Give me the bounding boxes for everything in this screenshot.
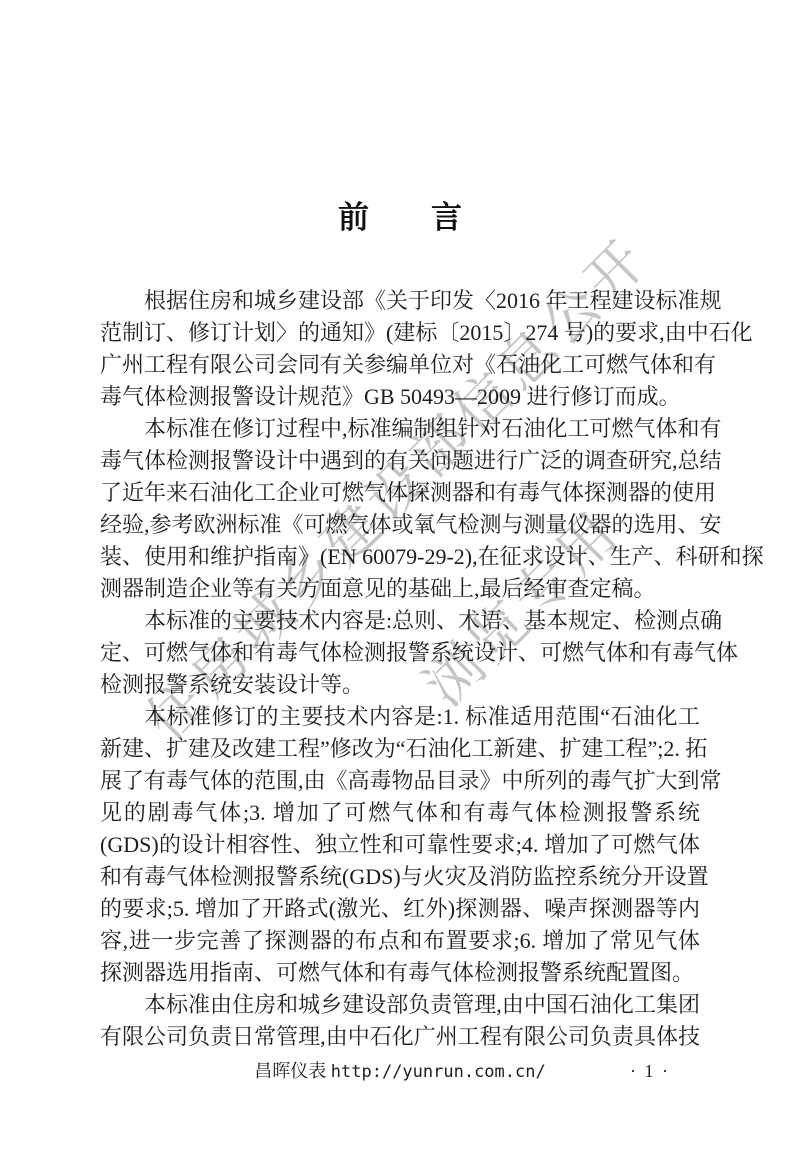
text-line: 容,进一步完善了探测器的布点和布置要求;6. 增加了常见气体 (100, 925, 700, 957)
text-line: 和有毒气体检测报警系统(GDS)与火灾及消防监控系统分开设置 (100, 861, 700, 893)
text-line: 有限公司负责日常管理,由中石化广州工程有限公司负责具体技 (100, 1021, 700, 1053)
footer-site-url: http://yunrun.com.cn/ (331, 1062, 546, 1082)
paragraph-4: 本标准修订的主要技术内容是:1. 标准适用范围“石油化工新建、扩建及改建工程”修… (100, 701, 700, 989)
foreword-body: 根据住房和城乡建设部《关于印发〈2016 年工程建设标准规范制订、修订计划〉的通… (100, 285, 700, 1053)
text-line: 毒气体检测报警设计中遇到的有关问题进行广泛的调查研究,总结 (100, 445, 700, 477)
text-line: 本标准的主要技术内容是:总则、术语、基本规定、检测点确 (100, 605, 700, 637)
text-line: (GDS)的设计相容性、独立性和可靠性要求;4. 增加了可燃气体 (100, 829, 700, 861)
text-line: 广州工程有限公司会同有关参编单位对《石油化工可燃气体和有 (100, 349, 700, 381)
footer-imprint: 昌晖仪表 http://yunrun.com.cn/ (100, 1058, 700, 1085)
paragraph-5: 本标准由住房和城乡建设部负责管理,由中国石油化工集团有限公司负责日常管理,由中石… (100, 989, 700, 1053)
text-line: 毒气体检测报警设计规范》GB 50493—2009 进行修订而成。 (100, 381, 700, 413)
text-line: 装、使用和维护指南》(EN 60079-29-2),在征求设计、生产、科研和探 (100, 541, 700, 573)
text-line: 测器制造企业等有关方面意见的基础上,最后经审查定稿。 (100, 573, 700, 605)
text-line: 展了有毒气体的范围,由《高毒物品目录》中所列的毒气扩大到常 (100, 765, 700, 797)
document-page: 住房城乡建设部信息公开 浏览专用 前 言 根据住房和城乡建设部《关于印发〈201… (0, 0, 800, 1160)
text-line: 本标准修订的主要技术内容是:1. 标准适用范围“石油化工 (100, 701, 700, 733)
text-line: 检测报警系统安装设计等。 (100, 669, 700, 701)
paragraph-3: 本标准的主要技术内容是:总则、术语、基本规定、检测点确定、可燃气体和有毒气体检测… (100, 605, 700, 701)
text-line: 新建、扩建及改建工程”修改为“石油化工新建、扩建工程”;2. 拓 (100, 733, 700, 765)
text-line: 定、可燃气体和有毒气体检测报警系统设计、可燃气体和有毒气体 (100, 637, 700, 669)
text-line: 本标准在修订过程中,标准编制组针对石油化工可燃气体和有 (100, 413, 700, 445)
text-line: 经验,参考欧洲标准《可燃气体或氧气检测与测量仪器的选用、安 (100, 509, 700, 541)
page-title: 前 言 (100, 199, 700, 237)
paragraph-2: 本标准在修订过程中,标准编制组针对石油化工可燃气体和有毒气体检测报警设计中遇到的… (100, 413, 700, 605)
text-line: 范制订、修订计划〉的通知》(建标〔2015〕274 号)的要求,由中石化 (100, 317, 700, 349)
text-line: 根据住房和城乡建设部《关于印发〈2016 年工程建设标准规 (100, 285, 700, 317)
text-line: 的要求;5. 增加了开路式(激光、红外)探测器、噪声探测器等内 (100, 893, 700, 925)
footer-site-name: 昌晖仪表 (254, 1061, 326, 1081)
paragraph-1: 根据住房和城乡建设部《关于印发〈2016 年工程建设标准规范制订、修订计划〉的通… (100, 285, 700, 413)
text-line: 见的剧毒气体;3. 增加了可燃气体和有毒气体检测报警系统 (100, 797, 700, 829)
text-line: 了近年来石油化工企业可燃气体探测器和有毒气体探测器的使用 (100, 477, 700, 509)
page-footer: 昌晖仪表 http://yunrun.com.cn/ · 1 · (100, 1058, 700, 1084)
text-line: 探测器选用指南、可燃气体和有毒气体检测报警系统配置图。 (100, 957, 700, 989)
page-number: · 1 · (630, 1058, 670, 1084)
text-line: 本标准由住房和城乡建设部负责管理,由中国石油化工集团 (100, 989, 700, 1021)
